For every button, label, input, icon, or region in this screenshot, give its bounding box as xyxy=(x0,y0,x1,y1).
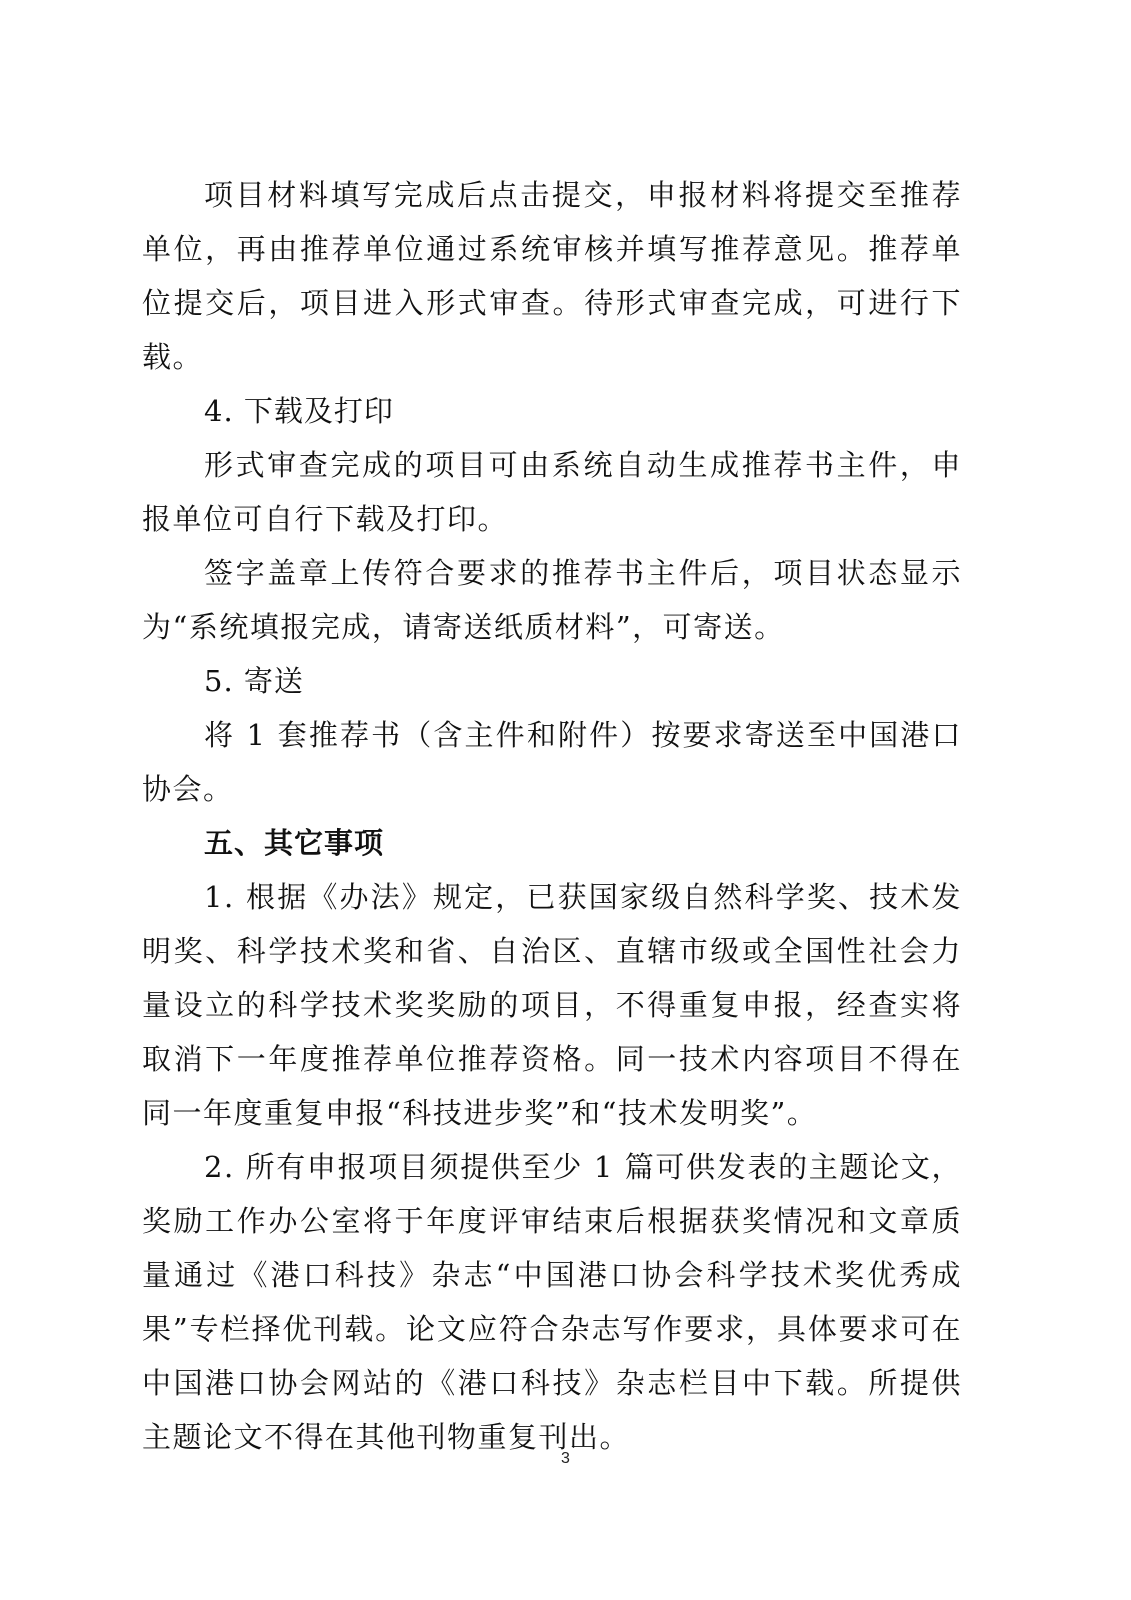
paragraph-mailing: 将 1 套推荐书（含主件和附件）按要求寄送至中国港口协会。 xyxy=(142,708,962,816)
subheading-mailing: 5. 寄送 xyxy=(142,654,962,708)
paragraph-submit-process: 项目材料填写完成后点击提交，申报材料将提交至推荐单位，再由推荐单位通过系统审核并… xyxy=(142,168,962,384)
paragraph-download-print: 形式审查完成的项目可由系统自动生成推荐书主件，申报单位可自行下载及打印。 xyxy=(142,438,962,546)
page-number: 3 xyxy=(0,1450,1131,1468)
paragraph-rule-1: 1. 根据《办法》规定，已获国家级自然科学奖、技术发明奖、科学技术奖和省、自治区… xyxy=(142,870,962,1140)
paragraph-sign-stamp: 签字盖章上传符合要求的推荐书主件后，项目状态显示为“系统填报完成，请寄送纸质材料… xyxy=(142,546,962,654)
subheading-download-print: 4. 下载及打印 xyxy=(142,384,962,438)
document-page: 项目材料填写完成后点击提交，申报材料将提交至推荐单位，再由推荐单位通过系统审核并… xyxy=(142,168,962,1464)
section-heading-other-matters: 五、其它事项 xyxy=(142,816,962,870)
paragraph-rule-2: 2. 所有申报项目须提供至少 1 篇可供发表的主题论文，奖励工作办公室将于年度评… xyxy=(142,1140,962,1464)
